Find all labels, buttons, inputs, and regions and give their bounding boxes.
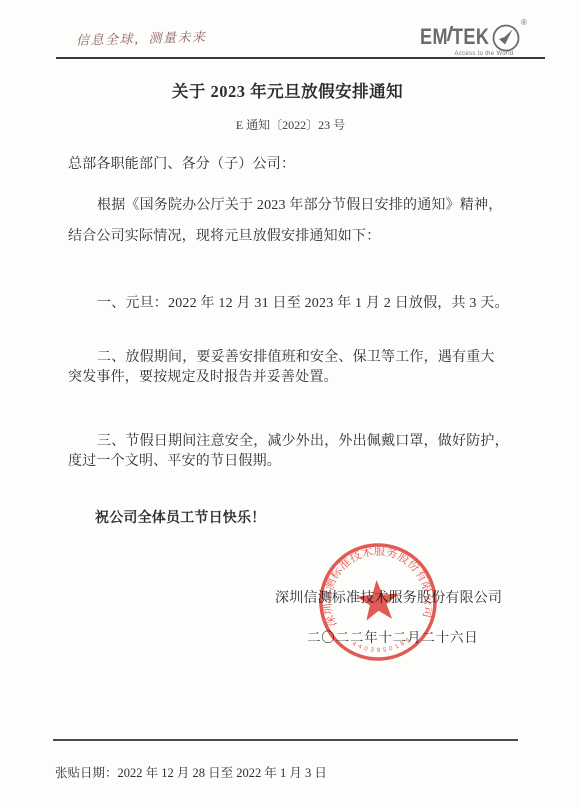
footer-divider bbox=[53, 739, 518, 741]
holiday-item-2-line1: 二、放假期间，要妥善安排值班和安全、保卫等工作，遇有重大 bbox=[97, 349, 495, 366]
brand-slogan-calligraphy: 信息全球，测量未来 bbox=[76, 26, 207, 48]
emtek-logo: EMTEK ® Access to the World bbox=[420, 24, 505, 54]
notice-title: 关于 2023 年元旦放假安排通知 bbox=[0, 78, 575, 102]
logo-wordmark-right: TEK bbox=[452, 24, 489, 49]
header-divider bbox=[56, 57, 545, 59]
intro-paragraph-line1: 根据《国务院办公厅关于 2023 年部分节假日安排的通知》精神， bbox=[97, 197, 502, 214]
registered-mark: ® bbox=[521, 18, 527, 27]
logo-wordmark-left: EM bbox=[420, 24, 448, 49]
holiday-item-1: 一、元旦：2022 年 12 月 31 日至 2023 年 1 月 2 日放假，… bbox=[97, 295, 509, 312]
holiday-item-2-line2: 突发事件，要按规定及时报告并妥善处置。 bbox=[68, 369, 338, 386]
wish-line: 祝公司全体员工节日快乐！ bbox=[95, 510, 265, 527]
holiday-item-3-line1: 三、节假日期间注意安全，减少外出，外出佩戴口罩，做好防护， bbox=[97, 433, 509, 450]
company-seal-stamp: 深圳信测标准技术服务股份有限公司 4403950184 bbox=[312, 536, 444, 668]
seal-star-icon bbox=[356, 579, 400, 622]
logo-wordmark: EMTEK bbox=[420, 24, 489, 50]
document-page: 信息全球，测量未来 EMTEK ® Access to the World 关于… bbox=[0, 0, 581, 807]
logo-globe-check-icon bbox=[492, 24, 520, 52]
posting-date-line: 张贴日期：2022 年 12 月 28 日至 2022 年 1 月 3 日 bbox=[55, 763, 327, 781]
intro-paragraph-line2: 结合公司实际情况，现将元旦放假安排通知如下： bbox=[68, 228, 380, 245]
holiday-item-3-line2: 度过一个文明、平安的节日假期。 bbox=[68, 453, 281, 470]
doc-number: E 通知〔2022〕23 号 bbox=[0, 116, 581, 133]
greeting-line: 总部各职能部门、各分（子）公司： bbox=[68, 156, 295, 173]
